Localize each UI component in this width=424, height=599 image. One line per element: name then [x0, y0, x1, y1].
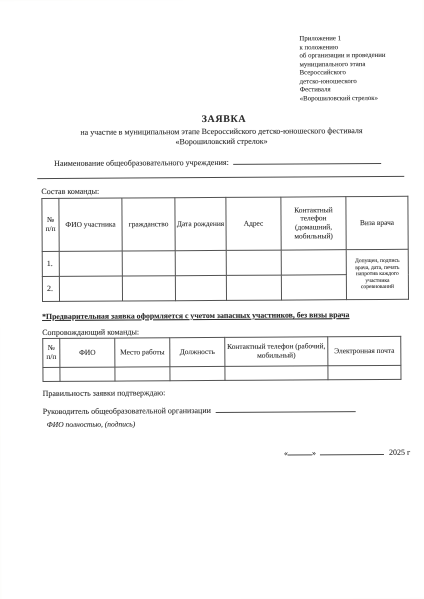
head-of-org-row: Руководитель общеобразовательной организ… — [43, 403, 356, 416]
column-header-fio: ФИО участника — [59, 198, 122, 251]
annex-reference-block: Приложение 1 к положению об организации … — [299, 35, 417, 104]
table-row: 1. Допущен, подпись врача, дата, печать … — [42, 249, 408, 276]
column-header-phone: Контактный телефон (рабочий, мобильный) — [225, 337, 328, 367]
org-name-rule — [37, 176, 404, 179]
empty-cell — [226, 250, 281, 275]
column-header-birthdate: Дата рождения — [175, 197, 226, 250]
column-header-workplace: Место работы — [115, 338, 170, 367]
empty-cell — [175, 275, 226, 300]
table-row — [43, 365, 401, 381]
empty-cell — [226, 275, 281, 300]
empty-cell — [175, 250, 226, 275]
empty-cell — [59, 251, 122, 276]
empty-cell — [115, 367, 170, 381]
empty-cell — [43, 367, 60, 381]
empty-cell — [281, 275, 346, 300]
team-table-header-row: № п/п ФИО участника гражданство Дата рож… — [42, 196, 408, 251]
column-header-citizenship: гражданство — [122, 198, 175, 251]
empty-cell — [60, 367, 115, 381]
column-header-position: Должность — [170, 337, 225, 366]
escort-table-header-row: № п/п ФИО Место работы Должность Контакт… — [43, 336, 401, 367]
date-month-blank — [320, 446, 384, 455]
preliminary-note: *Предварительная заявка оформляется с уч… — [42, 310, 349, 321]
row-number-cell: 2. — [42, 276, 59, 301]
escort-section-label: Сопровождающий команды: — [42, 327, 139, 337]
row-number-cell: 1. — [42, 251, 59, 276]
empty-cell — [328, 365, 401, 379]
date-line: «»2025 г — [284, 446, 410, 458]
confirm-statement: Правильность заявки подтверждаю: — [43, 388, 166, 398]
column-header-visa: Виза врача — [346, 196, 408, 249]
empty-cell — [59, 276, 122, 301]
org-name-label: Наименование общеобразовательного учрежд… — [54, 158, 229, 168]
column-header-fio: ФИО — [60, 338, 115, 367]
org-name-blank — [233, 155, 381, 165]
scanned-form-page: Приложение 1 к положению об организации … — [0, 0, 424, 599]
org-name-row: Наименование общеобразовательного учрежд… — [54, 155, 381, 168]
team-table: № п/п ФИО участника гражданство Дата рож… — [41, 196, 409, 302]
column-header-email: Электронная почта — [328, 336, 401, 365]
page-title: ЗАЯВКА — [29, 113, 419, 126]
column-header-num: № п/п — [42, 198, 59, 251]
empty-cell — [122, 276, 175, 301]
empty-cell — [225, 366, 328, 381]
column-header-num: № п/п — [43, 338, 60, 367]
annex-line: «Ворошиловский стрелок» — [300, 94, 418, 103]
visa-note-cell: Допущен, подпись врача, дата, печать нап… — [346, 249, 408, 299]
column-header-phone: Контактный телефон (домашний, мобильный) — [281, 197, 346, 250]
empty-cell — [281, 250, 346, 275]
column-header-address: Адрес — [226, 197, 281, 250]
escort-table: № п/п ФИО Место работы Должность Контакт… — [42, 336, 401, 382]
date-day-blank — [288, 446, 312, 455]
signature-blank — [216, 403, 356, 413]
subtitle-festival-name: «Ворошиловский стрелок» — [19, 136, 424, 147]
empty-cell — [170, 366, 225, 380]
signature-hint: ФИО полностью, (подпись) — [47, 419, 135, 429]
empty-cell — [122, 251, 175, 276]
head-of-org-label: Руководитель общеобразовательной организ… — [43, 406, 211, 416]
year-label: 2025 г — [389, 448, 410, 457]
team-section-label: Состав команды: — [41, 187, 99, 196]
close-quote: » — [312, 448, 316, 457]
